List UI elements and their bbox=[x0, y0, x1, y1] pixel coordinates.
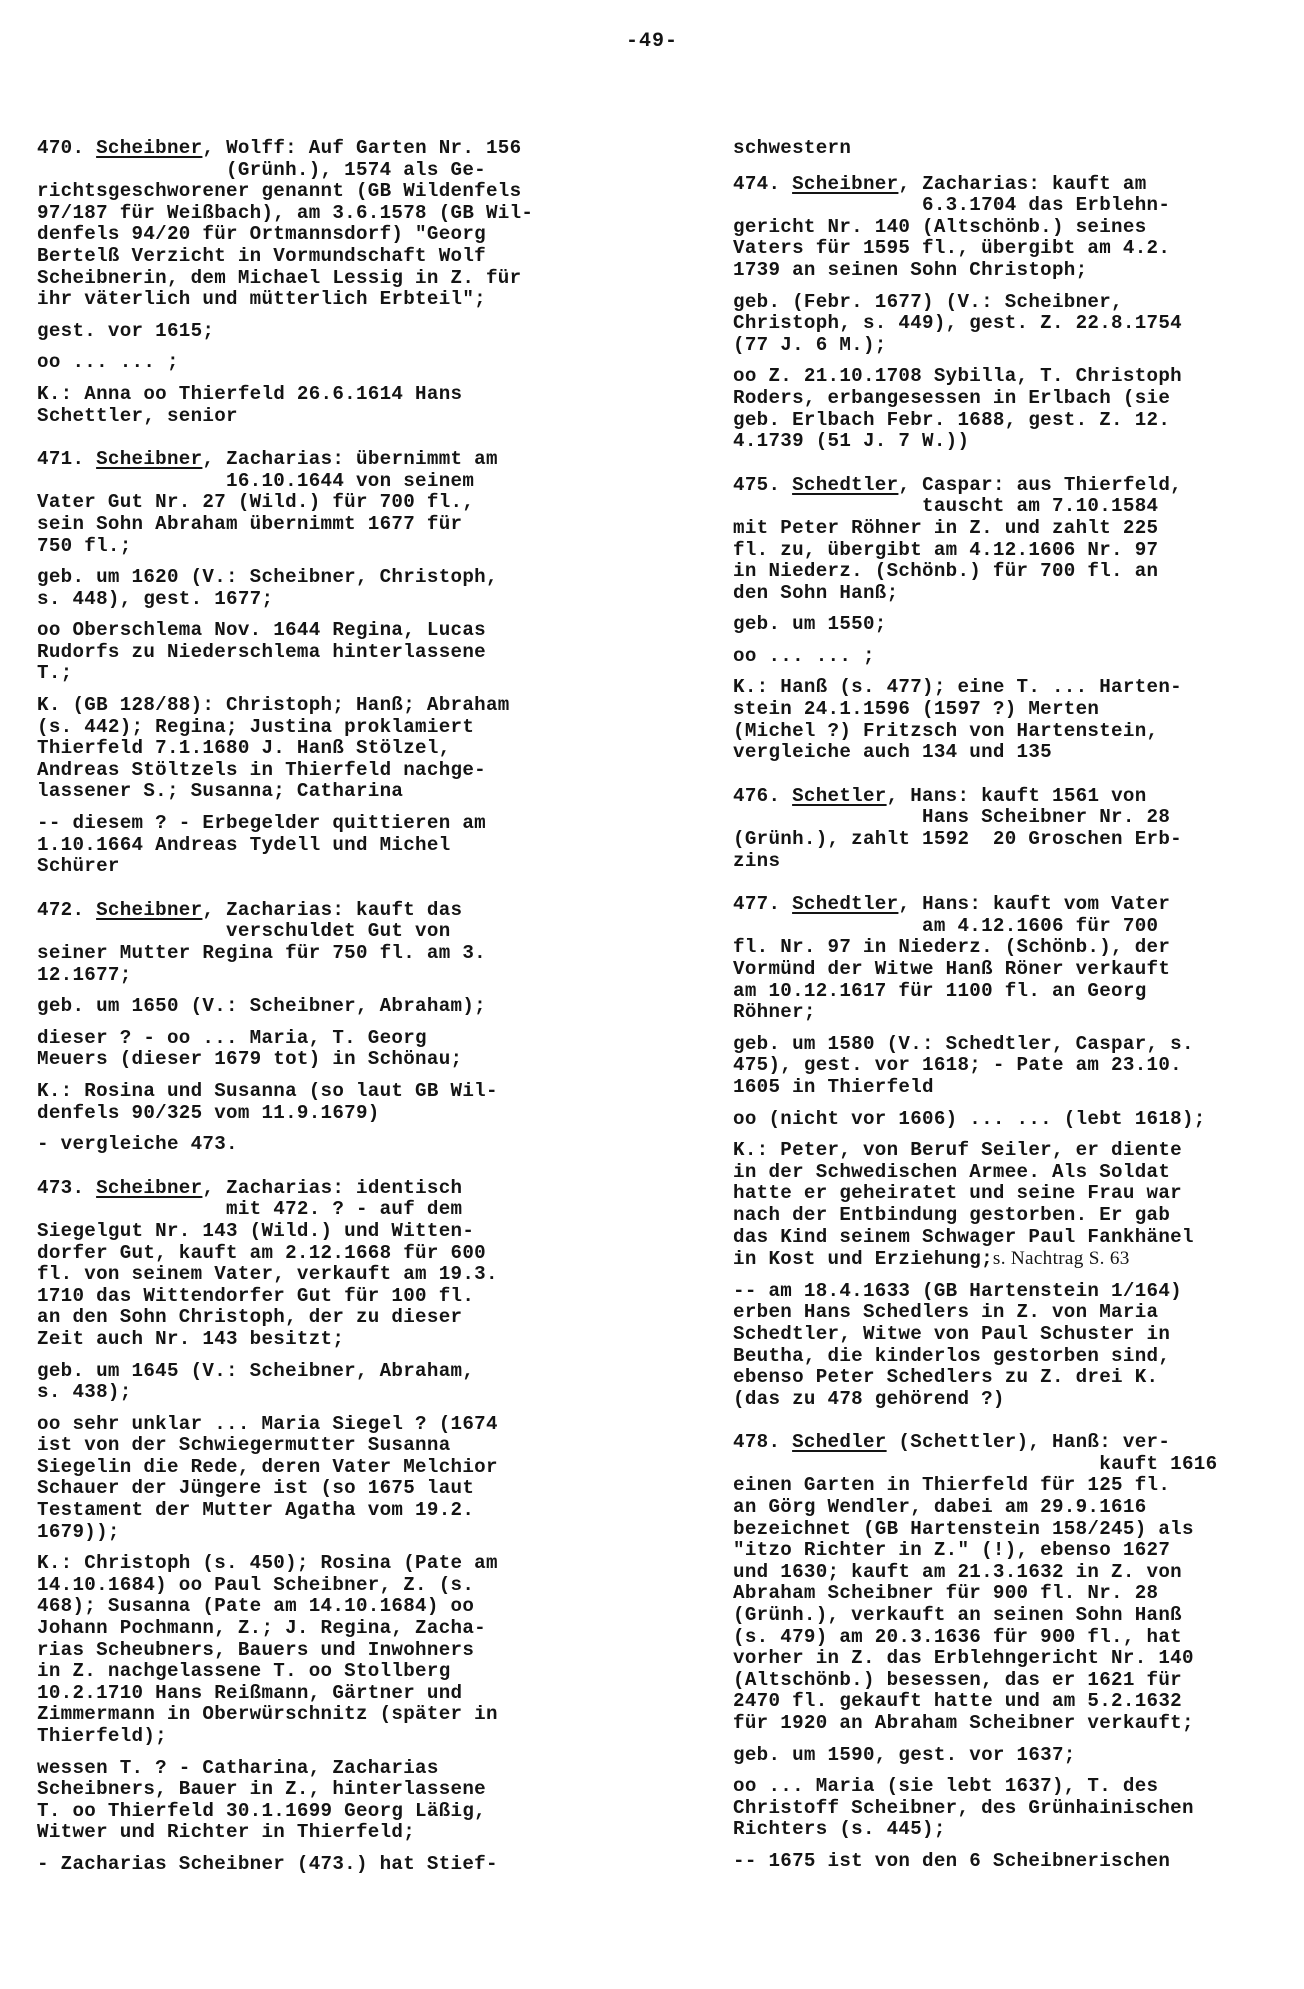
entry-number: 476. bbox=[733, 785, 780, 807]
entry-471: 471. Scheibner, Zacharias: übernimmt am … bbox=[37, 449, 597, 878]
entry-head-text: (Schettler), Hanß: ver- kauft 1616 einen… bbox=[733, 1431, 1217, 1734]
entry-surname: Schetler bbox=[792, 785, 887, 807]
entry-number: 472. bbox=[37, 899, 84, 921]
handwritten-note: s. Nachtrag S. 63 bbox=[993, 1248, 1130, 1269]
entry-para: geb. um 1650 (V.: Scheibner, Abraham); bbox=[37, 996, 597, 1018]
entry-para: geb. (Febr. 1677) (V.: Scheibner, Christ… bbox=[733, 292, 1293, 357]
entry-head: 471. Scheibner, Zacharias: übernimmt am … bbox=[37, 449, 597, 557]
entry-number: 475. bbox=[733, 474, 780, 496]
entry-surname: Scheibner bbox=[96, 899, 202, 921]
entry-para: K.: Christoph (s. 450); Rosina (Pate am … bbox=[37, 1553, 597, 1747]
entry-para: geb. um 1620 (V.: Scheibner, Christoph, … bbox=[37, 567, 597, 610]
entry-surname: Schedtler bbox=[792, 474, 898, 496]
entry-para: oo ... Maria (sie lebt 1637), T. des Chr… bbox=[733, 1776, 1293, 1841]
entry-para: - vergleiche 473. bbox=[37, 1134, 597, 1156]
entry-surname: Scheibner bbox=[96, 1177, 202, 1199]
entry-478: 478. Schedler (Schettler), Hanß: ver- ka… bbox=[733, 1432, 1293, 1872]
entry-para: K. (GB 128/88): Christoph; Hanß; Abraham… bbox=[37, 695, 597, 803]
entry-number: 470. bbox=[37, 137, 84, 159]
entry-472: 472. Scheibner, Zacharias: kauft das ver… bbox=[37, 900, 597, 1156]
entry-474: 474. Scheibner, Zacharias: kauft am 6.3.… bbox=[733, 174, 1293, 453]
entry-surname: Scheibner bbox=[96, 137, 202, 159]
entry-para: oo ... ... ; bbox=[37, 352, 597, 374]
entry-para: -- diesem ? - Erbegelder quittieren am 1… bbox=[37, 813, 597, 878]
entry-head: 473. Scheibner, Zacharias: identisch mit… bbox=[37, 1178, 597, 1351]
entry-para: geb. um 1645 (V.: Scheibner, Abraham, s.… bbox=[37, 1361, 597, 1404]
right-column: schwestern 474. Scheibner, Zacharias: ka… bbox=[733, 138, 1293, 1895]
page-number: -49- bbox=[0, 30, 1304, 53]
continuation-text: schwestern bbox=[733, 138, 1293, 160]
entry-head: 472. Scheibner, Zacharias: kauft das ver… bbox=[37, 900, 597, 986]
entry-para: K.: Anna oo Thierfeld 26.6.1614 Hans Sch… bbox=[37, 384, 597, 427]
entry-para: gest. vor 1615; bbox=[37, 321, 597, 343]
entry-470: 470. Scheibner, Wolff: Auf Garten Nr. 15… bbox=[37, 138, 597, 427]
entry-number: 473. bbox=[37, 1177, 84, 1199]
left-column: 470. Scheibner, Wolff: Auf Garten Nr. 15… bbox=[37, 138, 597, 1898]
entry-number: 477. bbox=[733, 893, 780, 915]
entry-head: 474. Scheibner, Zacharias: kauft am 6.3.… bbox=[733, 174, 1293, 282]
entry-para: K.: Hanß (s. 477); eine T. ... Harten- s… bbox=[733, 677, 1293, 763]
entry-head-text: , Zacharias: identisch mit 472. ? - auf … bbox=[37, 1177, 498, 1350]
entry-para: wessen T. ? - Catharina, Zacharias Schei… bbox=[37, 1758, 597, 1844]
entry-para: geb. um 1590, gest. vor 1637; bbox=[733, 1745, 1293, 1767]
entry-number: 471. bbox=[37, 448, 84, 470]
entry-head: 470. Scheibner, Wolff: Auf Garten Nr. 15… bbox=[37, 138, 597, 311]
entry-number: 478. bbox=[733, 1431, 780, 1453]
entry-surname: Schedtler bbox=[792, 893, 898, 915]
entry-476: 476. Schetler, Hans: kauft 1561 von Hans… bbox=[733, 786, 1293, 872]
entry-para: oo (nicht vor 1606) ... ... (lebt 1618); bbox=[733, 1109, 1293, 1131]
entry-477: 477. Schedtler, Hans: kauft vom Vater am… bbox=[733, 894, 1293, 1410]
entry-head-text: , Wolff: Auf Garten Nr. 156 (Grünh.), 15… bbox=[37, 137, 533, 310]
entry-head: 476. Schetler, Hans: kauft 1561 von Hans… bbox=[733, 786, 1293, 872]
entry-para: oo sehr unklar ... Maria Siegel ? (1674 … bbox=[37, 1414, 597, 1544]
entry-para: geb. um 1580 (V.: Schedtler, Caspar, s. … bbox=[733, 1034, 1293, 1099]
entry-473: 473. Scheibner, Zacharias: identisch mit… bbox=[37, 1178, 597, 1876]
entry-para: -- am 18.4.1633 (GB Hartenstein 1/164) e… bbox=[733, 1281, 1293, 1411]
entry-surname: Schedler bbox=[792, 1431, 887, 1453]
entry-para: K.: Peter, von Beruf Seiler, er diente i… bbox=[733, 1140, 1293, 1271]
entry-head: 475. Schedtler, Caspar: aus Thierfeld, t… bbox=[733, 475, 1293, 605]
entry-para: -- 1675 ist von den 6 Scheibnerischen bbox=[733, 1851, 1293, 1873]
entry-number: 474. bbox=[733, 173, 780, 195]
entry-surname: Scheibner bbox=[96, 448, 202, 470]
entry-para: K.: Rosina und Susanna (so laut GB Wil- … bbox=[37, 1081, 597, 1124]
entry-para: oo Z. 21.10.1708 Sybilla, T. Christoph R… bbox=[733, 366, 1293, 452]
entry-head: 477. Schedtler, Hans: kauft vom Vater am… bbox=[733, 894, 1293, 1024]
entry-para: geb. um 1550; bbox=[733, 614, 1293, 636]
entry-para: dieser ? - oo ... Maria, T. Georg Meuers… bbox=[37, 1028, 597, 1071]
entry-head: 478. Schedler (Schettler), Hanß: ver- ka… bbox=[733, 1432, 1293, 1734]
entry-475: 475. Schedtler, Caspar: aus Thierfeld, t… bbox=[733, 475, 1293, 764]
entry-surname: Scheibner bbox=[792, 173, 898, 195]
entry-para: oo ... ... ; bbox=[733, 646, 1293, 668]
entry-para: - Zacharias Scheibner (473.) hat Stief- bbox=[37, 1854, 597, 1876]
entry-para: oo Oberschlema Nov. 1644 Regina, Lucas R… bbox=[37, 620, 597, 685]
